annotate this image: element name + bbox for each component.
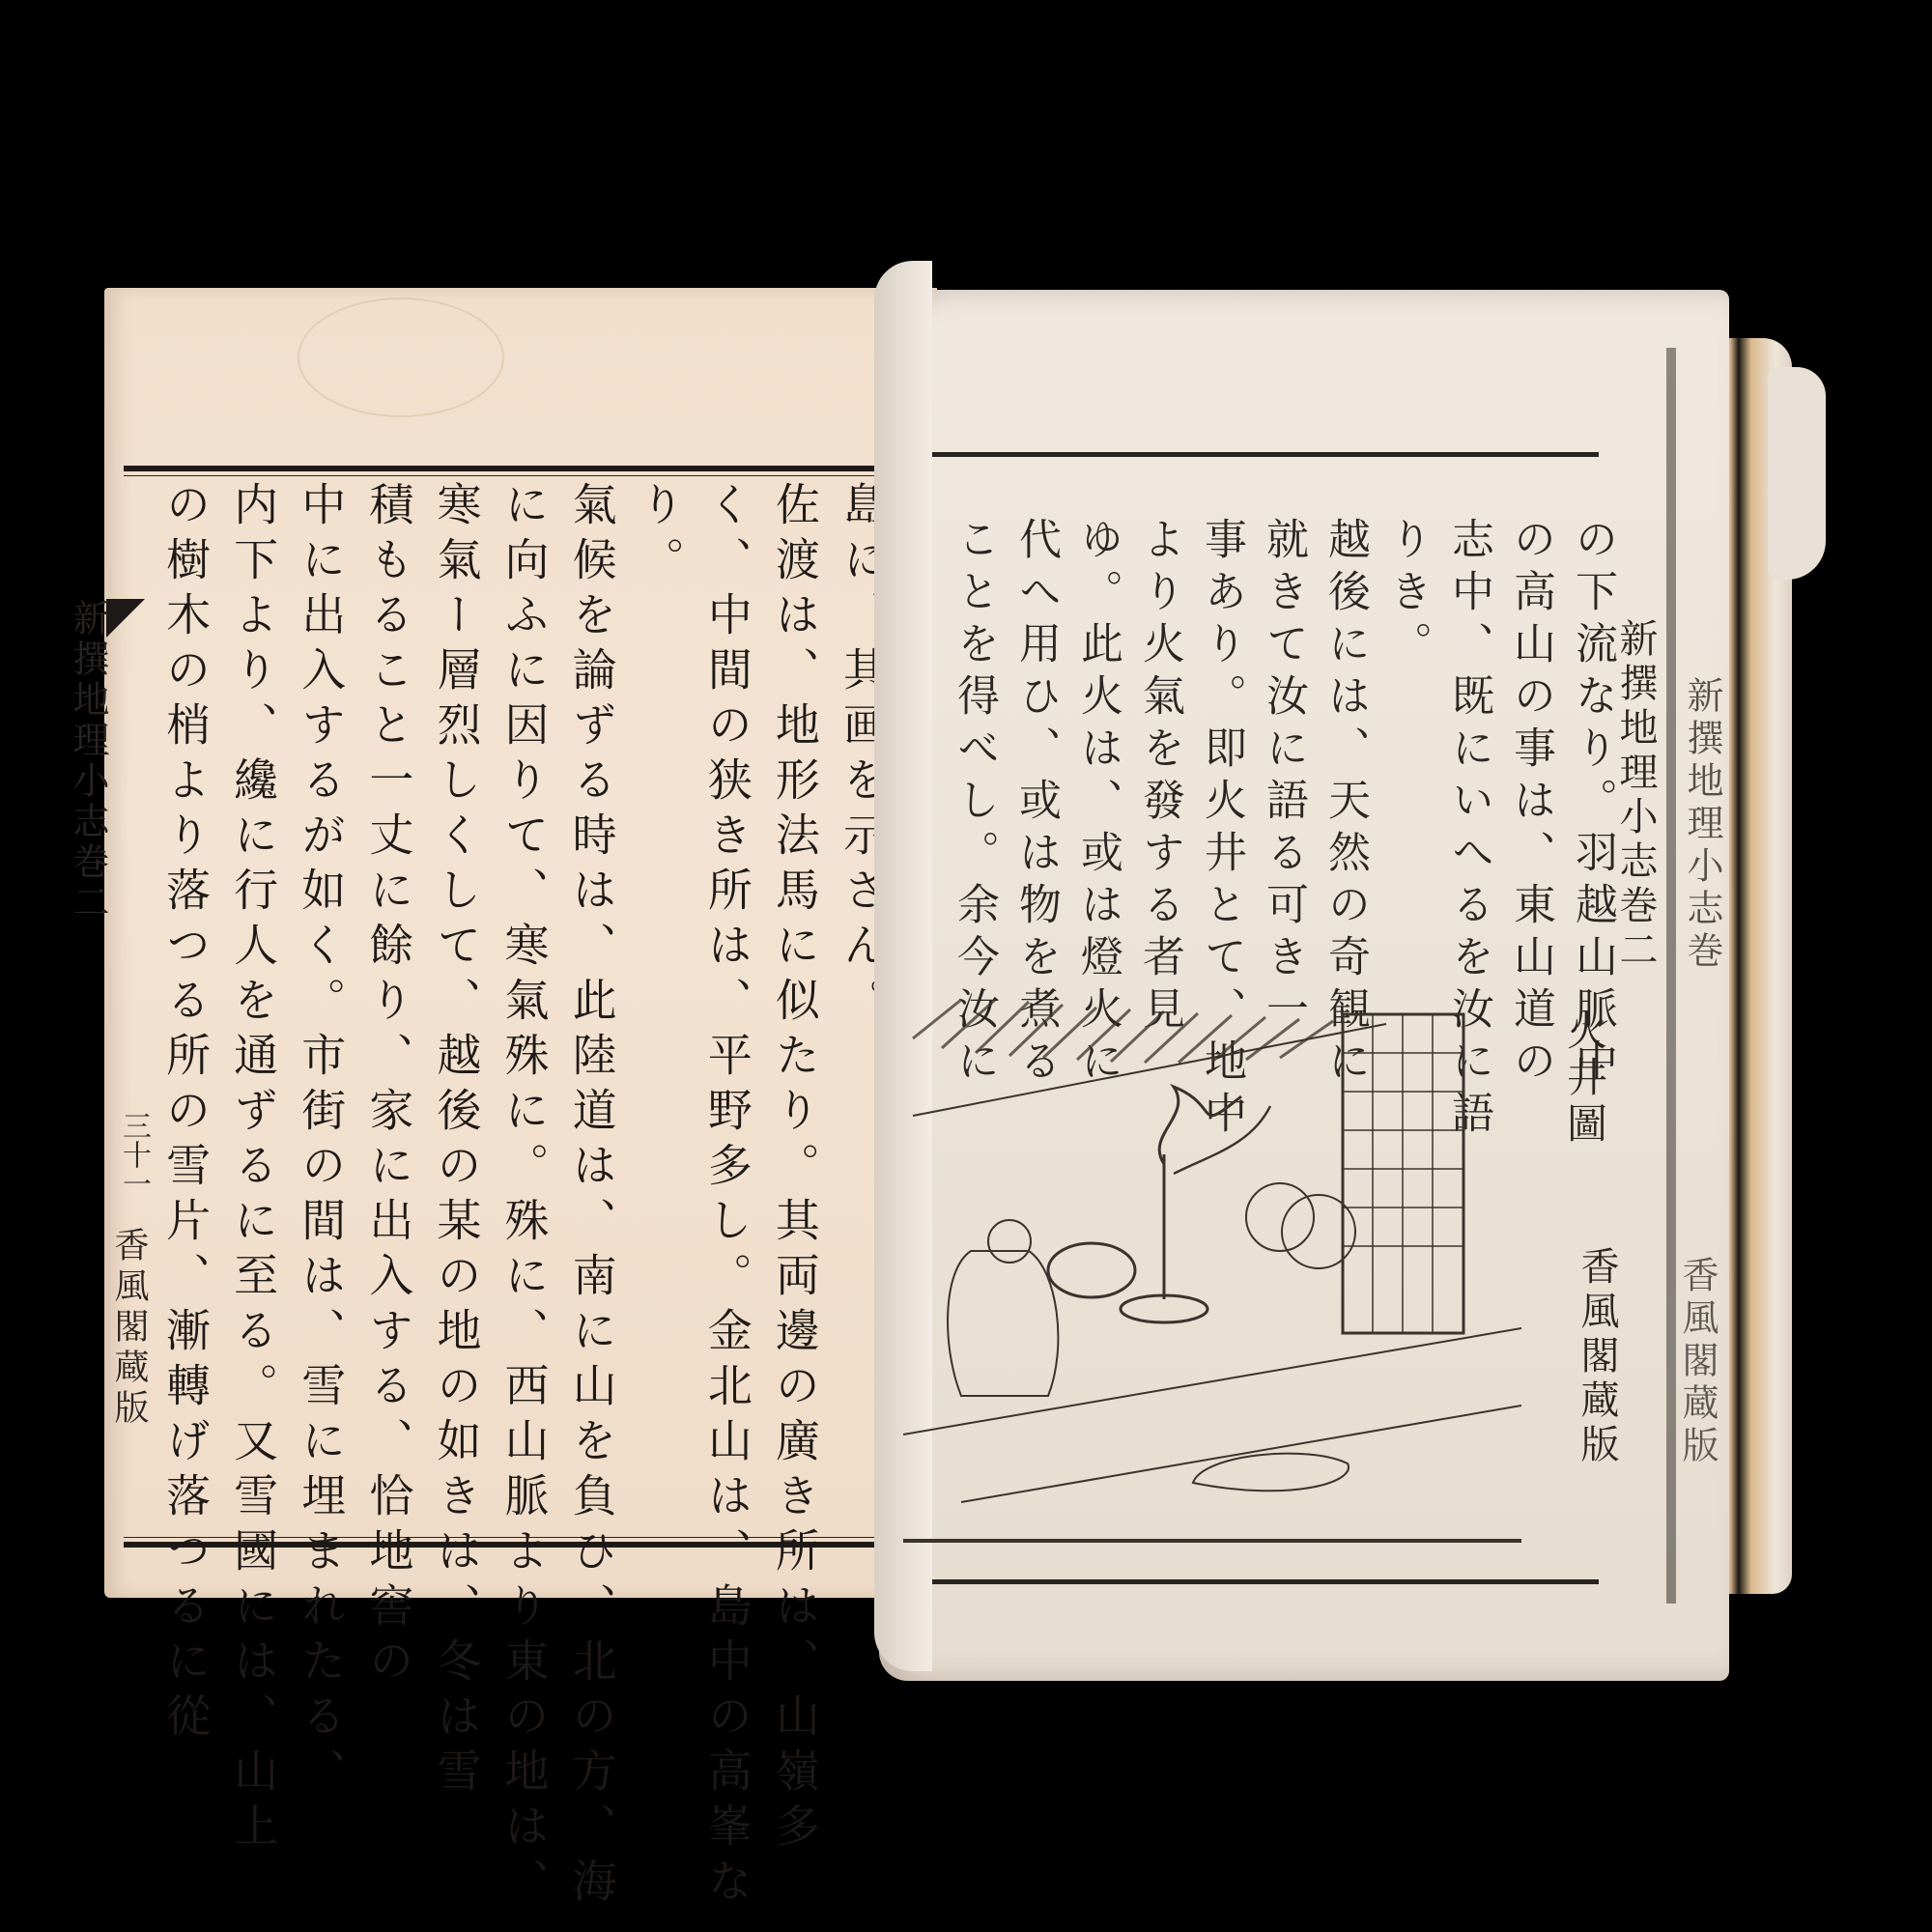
publisher-mark: 香風閣蔵版 <box>1570 1246 1625 1468</box>
text-column: り。 <box>637 481 682 1524</box>
text-column: く、中間の狭き所は、平野多し。金北山は、島中の高峯な <box>704 481 750 1524</box>
text-column: 寒氣ー層烈しくして、越後の某の地の如きは、冬は雪 <box>433 481 478 1524</box>
left-margin-title: 新撰地理小志巻二 <box>106 599 145 923</box>
text-column: 事あり。即火井とて、地中 <box>1200 517 1242 980</box>
torn-corner <box>1768 367 1826 580</box>
text-column: の樹木の梢より落つる所の雪片、漸轉げ落つるに從 <box>162 481 208 1524</box>
fire-well-illustration <box>903 980 1521 1546</box>
text-column: 中に出入するが如く。市街の間は、雪に埋まれたる、 <box>298 481 343 1524</box>
text-column: 志中、既にいへるを汝に語 <box>1447 517 1490 980</box>
photo-scene: 新撰地理小志巻二 三十一 香風閣蔵版 島に、其画を示さん。 佐渡は、地形法馬に似… <box>0 0 1932 1932</box>
text-column: ゆ。此火は、或は燈火に <box>1076 517 1119 980</box>
water-stain <box>298 298 504 417</box>
text-column: 内下より、纔に行人を通ずるに至る。又雪國には、山上 <box>230 481 275 1524</box>
right-text-columns: の下流なり。羽越山脈中 の高山の事は、東山道の 志中、既にいへるを汝に語 りき。… <box>956 517 1613 980</box>
spine-title-underlying: 新撰地理小志巻 <box>1676 676 1729 974</box>
spine-title: 新撰地理小志巻二 <box>1608 618 1663 974</box>
publisher-mark: 香風閣蔵版 <box>104 1227 154 1430</box>
text-column: の高山の事は、東山道の <box>1509 517 1551 980</box>
text-column: 積もること一丈に餘り、家に出入する、恰地窖の <box>365 481 411 1524</box>
text-column: 代へ用ひ、或は物を煮る <box>1014 517 1057 980</box>
text-column: 越後には、天然の奇観に <box>1323 517 1366 980</box>
text-column: 就きて汝に語る可き一 <box>1262 517 1304 980</box>
text-column: に向ふに因りて、寒氣殊に。殊に、西山脈より東の地は、 <box>500 481 546 1524</box>
illustration-caption: 火井圖 <box>1555 1009 1613 1149</box>
left-text-columns: 島に、其画を示さん。 佐渡は、地形法馬に似たり。其両邊の廣き所は、山嶺多 く、中… <box>162 481 885 1524</box>
text-column: の下流なり。羽越山脈中 <box>1571 517 1613 980</box>
publisher-mark-underlying: 香風閣蔵版 <box>1671 1256 1724 1468</box>
fishtail-mark-icon <box>106 599 145 638</box>
page-number: 三十一 <box>112 1111 155 1198</box>
text-column: 佐渡は、地形法馬に似たり。其両邊の廣き所は、山嶺多 <box>772 481 817 1524</box>
text-column: ことを得べし。余今汝に <box>952 517 995 980</box>
text-column: より火氣を發する者見 <box>1138 517 1180 980</box>
text-column: りき。 <box>1385 517 1428 980</box>
text-column: 氣候を論ずる時は、此陸道は、南に山を負ひ、北の方、海 <box>569 481 614 1524</box>
